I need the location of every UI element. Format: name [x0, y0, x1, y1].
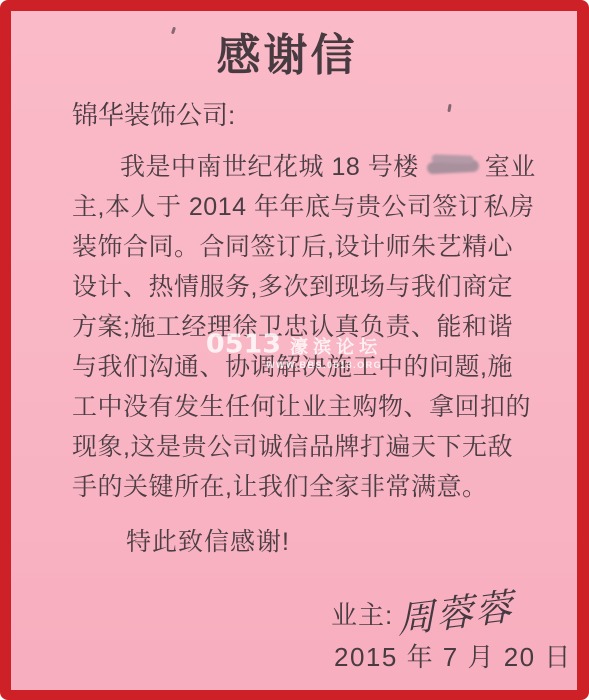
- redacted-room-number-scribble: [426, 160, 479, 175]
- signature-row: 业主: 周蓉蓉: [331, 595, 514, 637]
- body-line-3: 装饰合同。合同签订后,设计师朱艺精心: [72, 227, 532, 267]
- body-line-6: 与我们沟通、协调解决施工中的问题,施: [72, 347, 532, 387]
- letter-body: 我是中南世纪花城 18 号楼室业 主,本人于 2014 年年底与贵公司签订私房 …: [72, 147, 532, 507]
- body-line-8: 现象,这是贵公司诚信品牌打遍天下无敌: [72, 427, 532, 467]
- letter-title: 感谢信: [11, 19, 563, 83]
- closing-line: 特此致信感谢!: [126, 522, 290, 558]
- body-line-1-suffix: 室业: [485, 153, 536, 181]
- body-line-5: 方案;施工经理徐卫忠认真负责、能和谐: [72, 307, 532, 347]
- signer-label: 业主:: [331, 595, 393, 632]
- body-line-9: 手的关键所在,让我们全家非常满意。: [72, 467, 532, 507]
- letter-paper: 感谢信 锦华装饰公司: 我是中南世纪花城 18 号楼室业 主,本人于 2014 …: [11, 11, 577, 690]
- red-border-frame: 感谢信 锦华装饰公司: 我是中南世纪花城 18 号楼室业 主,本人于 2014 …: [0, 0, 589, 700]
- body-line-1-prefix: 我是中南世纪花城 18 号楼: [120, 153, 419, 181]
- body-line-4: 设计、热情服务,多次到现场与我们商定: [72, 267, 532, 307]
- body-line-7: 工中没有发生任何让业主购物、拿回扣的: [72, 387, 532, 427]
- body-line-2: 主,本人于 2014 年年底与贵公司签订私房: [72, 187, 532, 227]
- body-line-1: 我是中南世纪花城 18 号楼室业: [72, 147, 532, 187]
- scan-artifact-speck: [447, 104, 451, 112]
- salutation: 锦华装饰公司:: [72, 95, 235, 132]
- handwritten-signature: 周蓉蓉: [396, 576, 515, 644]
- letter-date: 2015 年 7 月 20 日: [334, 637, 572, 674]
